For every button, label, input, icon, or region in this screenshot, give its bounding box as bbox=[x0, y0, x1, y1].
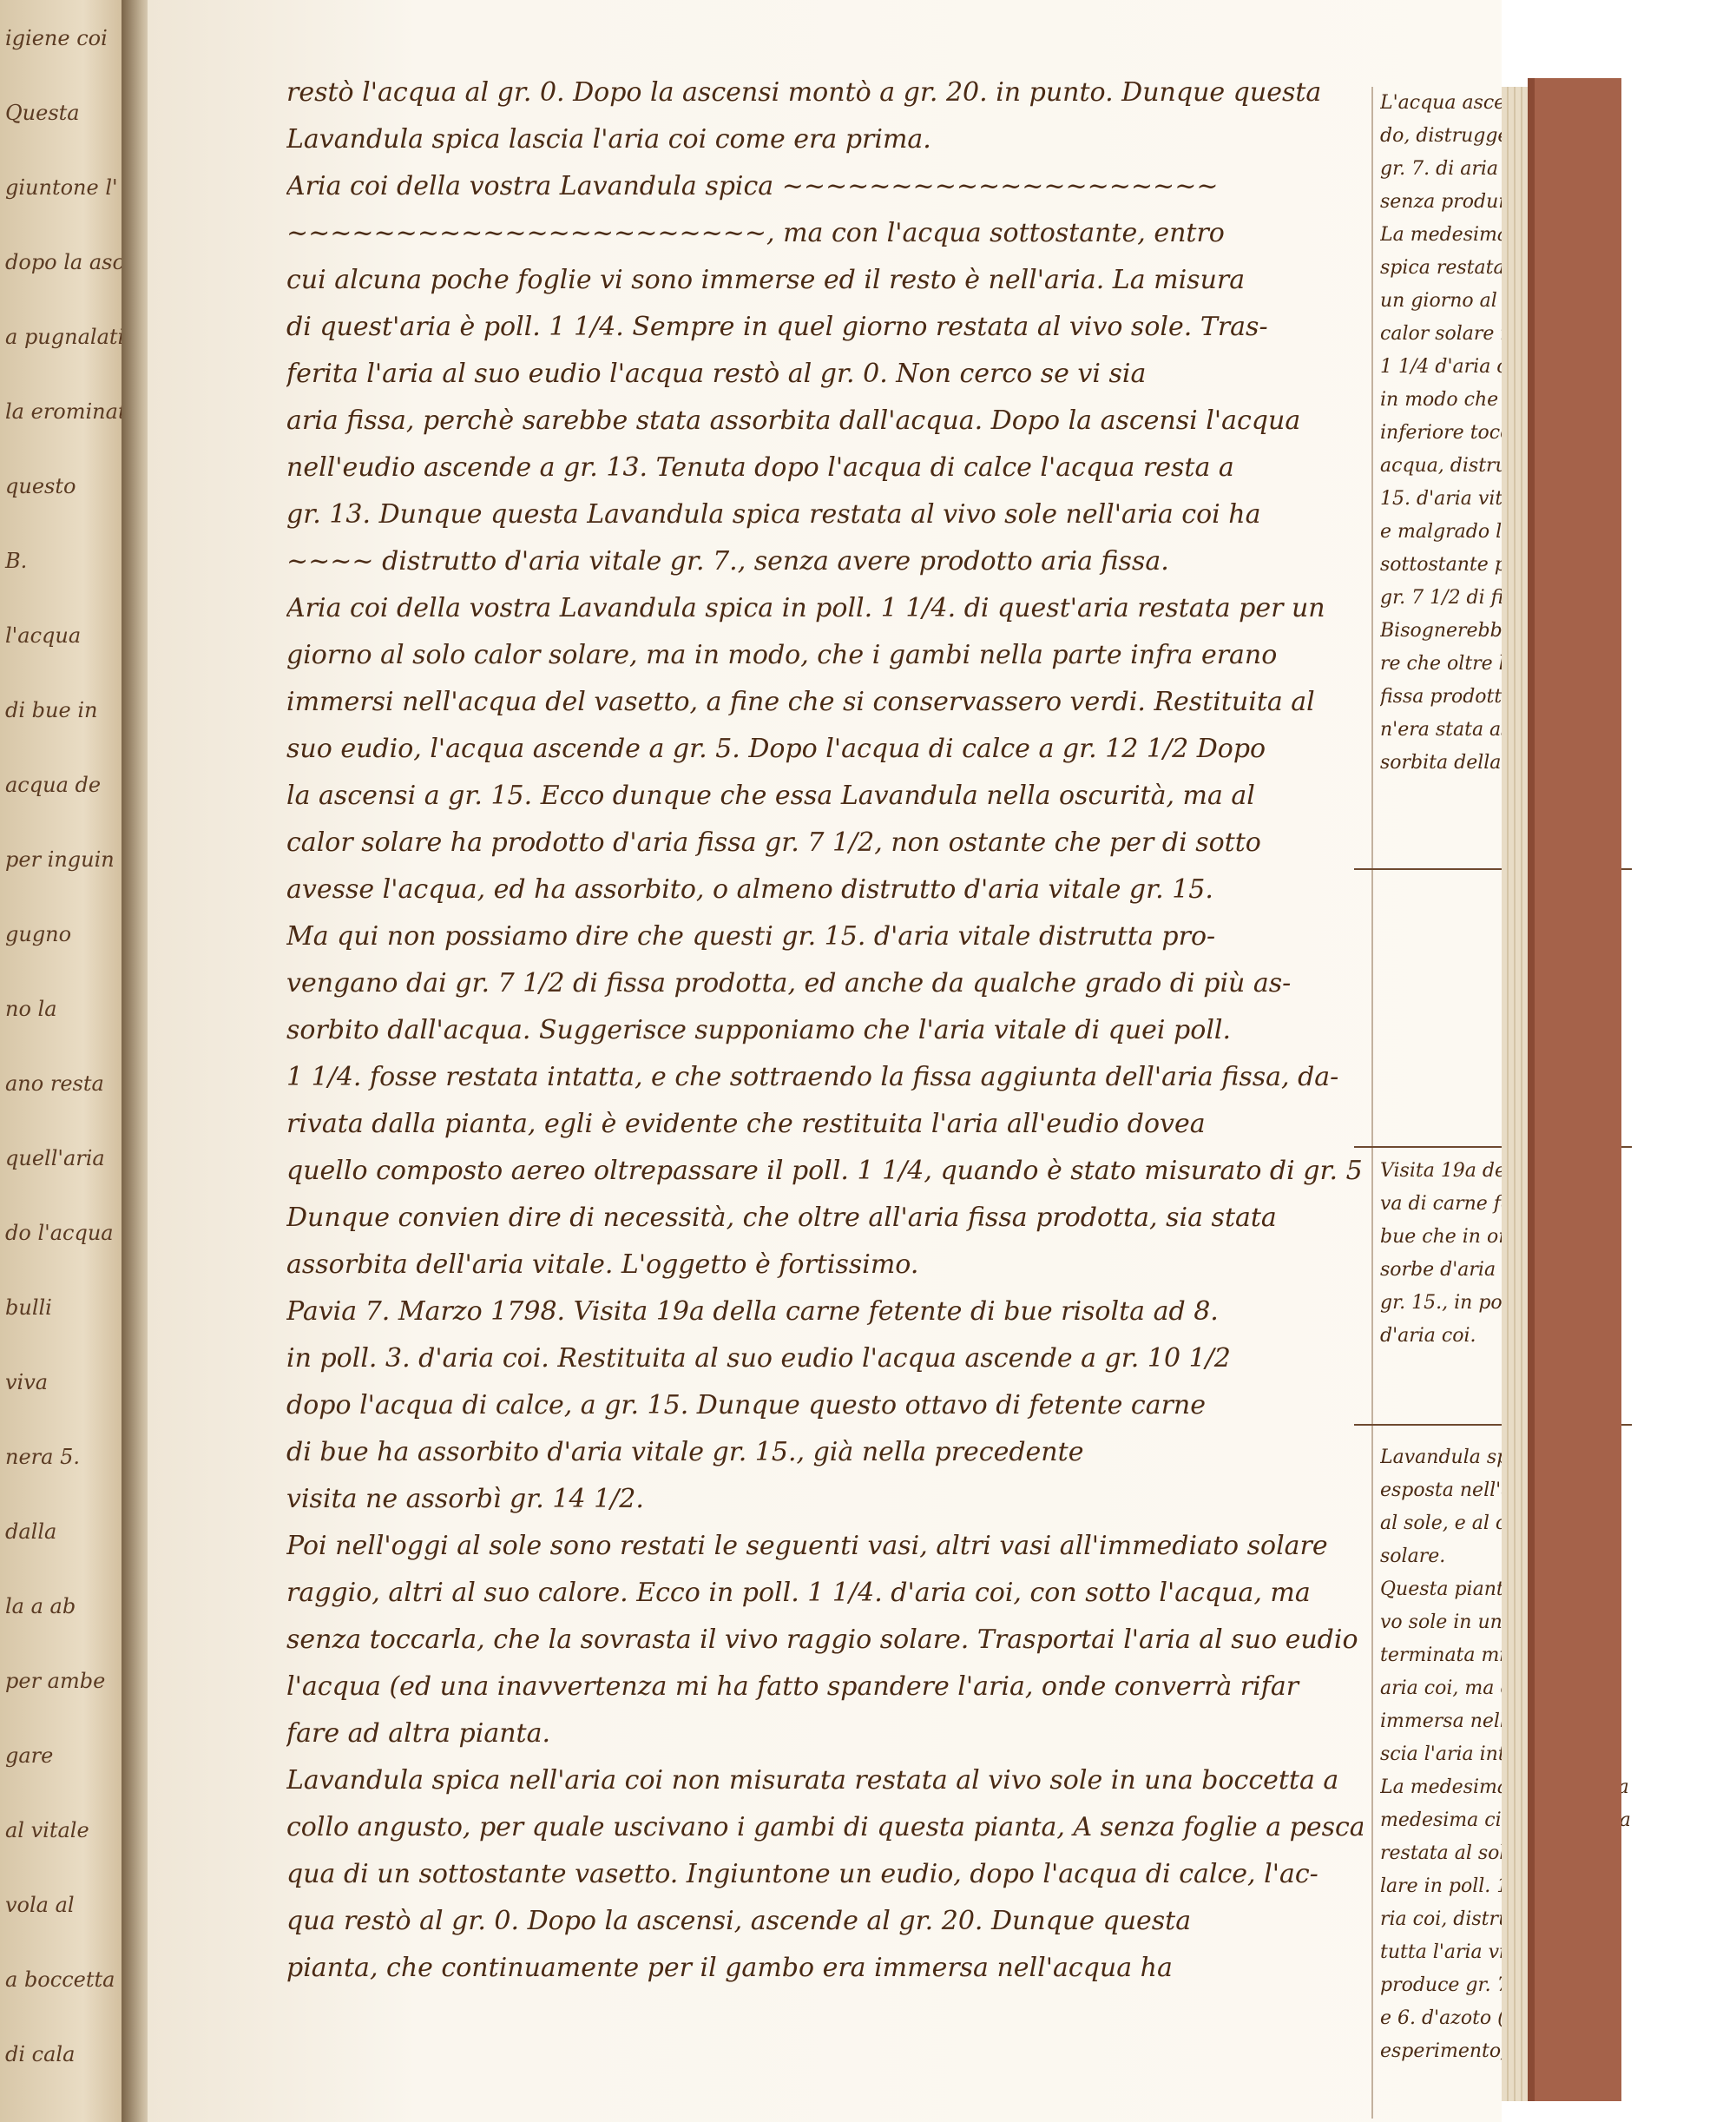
manuscript-line: 1 1/4. fosse restata intatta, e che sott… bbox=[286, 1054, 1363, 1101]
manuscript-line: Pavia 7. Marzo 1798. Visita 19a della ca… bbox=[286, 1288, 1363, 1335]
left-page-line: per inguin bbox=[5, 847, 115, 872]
manuscript-line: l'acqua (ed una inavvertenza mi ha fatto… bbox=[286, 1664, 1363, 1710]
manuscript-line: assorbita dell'aria vitale. L'oggetto è … bbox=[286, 1242, 1363, 1288]
manuscript-line: la ascensi a gr. 15. Ecco dunque che ess… bbox=[286, 773, 1363, 820]
manuscript-line: quello composto aereo oltrepassare il po… bbox=[286, 1148, 1363, 1195]
manuscript-line: Ma qui non possiamo dire che questi gr. … bbox=[286, 913, 1363, 960]
left-page-line: di bue in bbox=[5, 698, 97, 722]
manuscript-line: Poi nell'oggi al sole sono restati le se… bbox=[286, 1523, 1363, 1570]
left-page-line: l'acqua bbox=[5, 623, 81, 648]
left-page-line: nera 5. bbox=[5, 1445, 80, 1469]
left-page-line: do l'acqua bbox=[5, 1221, 114, 1245]
left-page-line: giuntone l' bbox=[5, 175, 118, 200]
manuscript-line: di quest'aria è poll. 1 1/4. Sempre in q… bbox=[286, 304, 1363, 351]
manuscript-line: pianta, che continuamente per il gambo e… bbox=[286, 1945, 1363, 1992]
left-page-line: quell'aria bbox=[5, 1146, 105, 1170]
book-cover bbox=[1528, 78, 1621, 2101]
manuscript-line: collo angusto, per quale uscivano i gamb… bbox=[286, 1804, 1363, 1851]
left-page-line: ano resta bbox=[5, 1071, 104, 1096]
manuscript-line: Lavandula spica nell'aria coi non misura… bbox=[286, 1757, 1363, 1804]
manuscript-line: in poll. 3. d'aria coi. Restituita al su… bbox=[286, 1335, 1363, 1382]
manuscript-line: restò l'acqua al gr. 0. Dopo la ascensi … bbox=[286, 69, 1363, 116]
manuscript-line: di bue ha assorbito d'aria vitale gr. 15… bbox=[286, 1429, 1363, 1476]
manuscript-line: Aria coi della vostra Lavandula spica ~~… bbox=[286, 163, 1363, 210]
left-page-line: viva bbox=[5, 1370, 48, 1394]
left-page-fragment: igiene coiQuestagiuntone l'dopo la ascen… bbox=[0, 0, 139, 2122]
manuscript-line: immersi nell'acqua del vasetto, a fine c… bbox=[286, 679, 1363, 726]
left-page-line: a boccetta bbox=[5, 1967, 115, 1992]
margin-rule bbox=[1371, 87, 1373, 2119]
manuscript-line: qua restò al gr. 0. Dopo la ascensi, asc… bbox=[286, 1898, 1363, 1945]
left-page-line: gugno bbox=[5, 922, 71, 946]
left-page-line: al vitale bbox=[5, 1818, 89, 1842]
manuscript-line: gr. 13. Dunque questa Lavandula spica re… bbox=[286, 491, 1363, 538]
left-page-line: dalla bbox=[5, 1519, 56, 1544]
manuscript-line: avesse l'acqua, ed ha assorbito, o almen… bbox=[286, 867, 1363, 913]
manuscript-line: nell'eudio ascende a gr. 13. Tenuta dopo… bbox=[286, 445, 1363, 491]
manuscript-line: cui alcuna poche foglie vi sono immerse … bbox=[286, 257, 1363, 304]
manuscript-line: raggio, altri al suo calore. Ecco in pol… bbox=[286, 1570, 1363, 1617]
manuscript-line: giorno al solo calor solare, ma in modo,… bbox=[286, 632, 1363, 679]
main-text-block: restò l'acqua al gr. 0. Dopo la ascensi … bbox=[286, 69, 1363, 1992]
left-page-line: questo bbox=[5, 474, 76, 498]
manuscript-line: vengano dai gr. 7 1/2 di fissa prodotta,… bbox=[286, 960, 1363, 1007]
left-page-line: Questa bbox=[5, 101, 80, 125]
manuscript-line: ~~~~~~~~~~~~~~~~~~~~~~, ma con l'acqua s… bbox=[286, 210, 1363, 257]
left-page-line: vola al bbox=[5, 1893, 75, 1917]
manuscript-line: visita ne assorbì gr. 14 1/2. bbox=[286, 1476, 1363, 1523]
manuscript-line: qua di un sottostante vasetto. Ingiunton… bbox=[286, 1851, 1363, 1898]
left-page-line: la a ab bbox=[5, 1594, 76, 1618]
manuscript-line: fare ad altra pianta. bbox=[286, 1710, 1363, 1757]
left-page-line: acqua de bbox=[5, 773, 101, 797]
manuscript-line: dopo l'acqua di calce, a gr. 15. Dunque … bbox=[286, 1382, 1363, 1429]
left-page-line: la erominati bbox=[5, 399, 133, 424]
left-page-line: gare bbox=[5, 1743, 53, 1768]
manuscript-line: aria fissa, perchè sarebbe stata assorbi… bbox=[286, 398, 1363, 445]
manuscript-line: ~~~~ distrutto d'aria vitale gr. 7., sen… bbox=[286, 538, 1363, 585]
manuscript-line: Lavandula spica lascia l'aria coi come e… bbox=[286, 116, 1363, 163]
left-page-line: no la bbox=[5, 997, 57, 1021]
manuscript-line: calor solare ha prodotto d'aria fissa gr… bbox=[286, 820, 1363, 867]
left-page-line: di cala bbox=[5, 2042, 75, 2066]
left-page-line: B. bbox=[5, 549, 27, 573]
manuscript-line: senza toccarla, che la sovrasta il vivo … bbox=[286, 1617, 1363, 1664]
manuscript-line: ferita l'aria al suo eudio l'acqua restò… bbox=[286, 351, 1363, 398]
manuscript-line: sorbito dall'acqua. Suggerisce supponiam… bbox=[286, 1007, 1363, 1054]
left-page-line: per ambe bbox=[5, 1669, 105, 1693]
left-page-line: igiene coi bbox=[5, 26, 108, 50]
left-page-line: a pugnalati bbox=[5, 325, 124, 349]
manuscript-line: suo eudio, l'acqua ascende a gr. 5. Dopo… bbox=[286, 726, 1363, 773]
manuscript-page: restò l'acqua al gr. 0. Dopo la ascensi … bbox=[148, 0, 1502, 2122]
manuscript-line: Aria coi della vostra Lavandula spica in… bbox=[286, 585, 1363, 632]
manuscript-line: rivata dalla pianta, egli è evidente che… bbox=[286, 1101, 1363, 1148]
left-page-line: bulli bbox=[5, 1295, 52, 1320]
manuscript-line: Dunque convien dire di necessità, che ol… bbox=[286, 1195, 1363, 1242]
